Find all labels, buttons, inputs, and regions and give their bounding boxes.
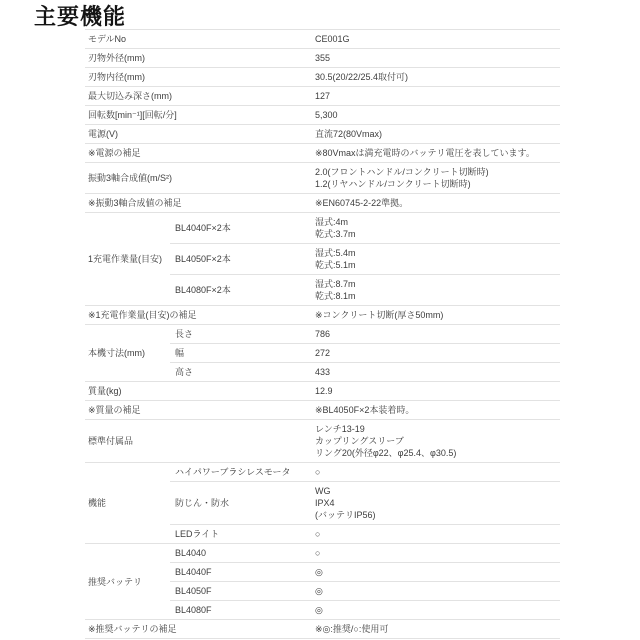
value-line: 30.5(20/22/25.4取付可) <box>315 71 558 83</box>
table-row: ※質量の補足※BL4050F×2本装着時。 <box>85 401 560 420</box>
value-line: 272 <box>315 347 558 359</box>
value-line: 湿式:4m <box>315 216 558 228</box>
value-line: 直流72(80Vmax) <box>315 128 558 140</box>
row-group-label: 1充電作業量(目安) <box>85 213 170 306</box>
row-value: 直流72(80Vmax) <box>313 125 560 144</box>
value-line: ○ <box>315 528 558 540</box>
row-label: ※振動3軸合成値の補足 <box>85 194 313 213</box>
value-line: 433 <box>315 366 558 378</box>
row-sublabel: BL4040F×2本 <box>170 213 313 244</box>
table-row: モデルNoCE001G <box>85 30 560 49</box>
value-line: 湿式:8.7m <box>315 278 558 290</box>
value-line: ※コンクリート切断(厚さ50mm) <box>315 309 558 321</box>
row-sublabel: BL4080F <box>170 601 313 620</box>
row-value: ◎ <box>313 601 560 620</box>
row-value: レンチ13-19カップリングスリーブリング20(外径φ22、φ25.4、φ30.… <box>313 420 560 463</box>
value-line: 乾式:8.1m <box>315 290 558 302</box>
value-line: CE001G <box>315 33 558 45</box>
row-sublabel: 長さ <box>170 325 313 344</box>
value-line: ○ <box>315 466 558 478</box>
value-line: ◎ <box>315 604 558 616</box>
spec-table: モデルNoCE001G刃物外径(mm)355刃物内径(mm)30.5(20/22… <box>85 29 560 639</box>
row-group-label: 機能 <box>85 463 170 544</box>
spec-page: 主要機能 モデルNoCE001G刃物外径(mm)355刃物内径(mm)30.5(… <box>0 0 640 640</box>
row-label: ※推奨バッテリの補足 <box>85 620 313 639</box>
value-line: ※EN60745-2-22準拠。 <box>315 197 558 209</box>
row-label: 質量(kg) <box>85 382 313 401</box>
row-label: 電源(V) <box>85 125 313 144</box>
row-value: ○ <box>313 525 560 544</box>
table-row: 本機寸法(mm)長さ786 <box>85 325 560 344</box>
row-sublabel: LEDライト <box>170 525 313 544</box>
value-line: WG <box>315 485 558 497</box>
value-line: 127 <box>315 90 558 102</box>
row-value: 12.9 <box>313 382 560 401</box>
row-sublabel: 防じん・防水 <box>170 482 313 525</box>
table-row: 1充電作業量(目安)BL4040F×2本湿式:4m乾式:3.7m <box>85 213 560 244</box>
table-row: 振動3軸合成値(m/S²)2.0(フロントハンドル/コンクリート切断時)1.2(… <box>85 163 560 194</box>
page-title: 主要機能 <box>34 0 126 31</box>
row-group-label: 本機寸法(mm) <box>85 325 170 382</box>
value-line: リング20(外径φ22、φ25.4、φ30.5) <box>315 447 558 459</box>
table-row: 質量(kg)12.9 <box>85 382 560 401</box>
table-row: ※推奨バッテリの補足※◎:推奨/○:使用可 <box>85 620 560 639</box>
row-value: 湿式:8.7m乾式:8.1m <box>313 275 560 306</box>
value-line: ※◎:推奨/○:使用可 <box>315 623 558 635</box>
row-value: 5,300 <box>313 106 560 125</box>
row-sublabel: BL4040F <box>170 563 313 582</box>
value-line: 12.9 <box>315 385 558 397</box>
row-value: ※EN60745-2-22準拠。 <box>313 194 560 213</box>
value-line: IPX4 <box>315 497 558 509</box>
value-line: カップリングスリーブ <box>315 435 558 447</box>
value-line: ※80Vmaxは満充電時のバッテリ電圧を表しています。 <box>315 147 558 159</box>
row-value: ※◎:推奨/○:使用可 <box>313 620 560 639</box>
row-value: WGIPX4(バッテリIP56) <box>313 482 560 525</box>
row-sublabel: 高さ <box>170 363 313 382</box>
row-value: 355 <box>313 49 560 68</box>
row-value: 127 <box>313 87 560 106</box>
value-line: レンチ13-19 <box>315 423 558 435</box>
row-label: ※質量の補足 <box>85 401 313 420</box>
row-value: 30.5(20/22/25.4取付可) <box>313 68 560 87</box>
value-line: ◎ <box>315 585 558 597</box>
table-row: ※振動3軸合成値の補足※EN60745-2-22準拠。 <box>85 194 560 213</box>
table-row: 刃物外径(mm)355 <box>85 49 560 68</box>
row-value: ◎ <box>313 582 560 601</box>
table-row: 推奨バッテリBL4040○ <box>85 544 560 563</box>
table-row: 回転数[min⁻¹][回転/分]5,300 <box>85 106 560 125</box>
value-line: ◎ <box>315 566 558 578</box>
value-line: 乾式:5.1m <box>315 259 558 271</box>
row-value: CE001G <box>313 30 560 49</box>
row-value: 433 <box>313 363 560 382</box>
row-label: 標準付属品 <box>85 420 313 463</box>
table-row: 標準付属品レンチ13-19カップリングスリーブリング20(外径φ22、φ25.4… <box>85 420 560 463</box>
table-row: 最大切込み深さ(mm)127 <box>85 87 560 106</box>
row-label: モデルNo <box>85 30 313 49</box>
table-row: ※電源の補足※80Vmaxは満充電時のバッテリ電圧を表しています。 <box>85 144 560 163</box>
table-row: 電源(V)直流72(80Vmax) <box>85 125 560 144</box>
value-line: (バッテリIP56) <box>315 509 558 521</box>
row-sublabel: BL4040 <box>170 544 313 563</box>
row-value: 湿式:4m乾式:3.7m <box>313 213 560 244</box>
table-row: 機能ハイパワーブラシレスモータ○ <box>85 463 560 482</box>
row-sublabel: ハイパワーブラシレスモータ <box>170 463 313 482</box>
row-value: ○ <box>313 463 560 482</box>
value-line: 786 <box>315 328 558 340</box>
row-value: 786 <box>313 325 560 344</box>
value-line: 2.0(フロントハンドル/コンクリート切断時) <box>315 166 558 178</box>
row-value: 湿式:5.4m乾式:5.1m <box>313 244 560 275</box>
row-value: ◎ <box>313 563 560 582</box>
spec-table-body: モデルNoCE001G刃物外径(mm)355刃物内径(mm)30.5(20/22… <box>85 30 560 639</box>
row-label: ※1充電作業量(目安)の補足 <box>85 306 313 325</box>
row-label: ※電源の補足 <box>85 144 313 163</box>
value-line: 1.2(リヤハンドル/コンクリート切断時) <box>315 178 558 190</box>
row-sublabel: BL4050F×2本 <box>170 244 313 275</box>
value-line: ※BL4050F×2本装着時。 <box>315 404 558 416</box>
row-sublabel: BL4080F×2本 <box>170 275 313 306</box>
value-line: 湿式:5.4m <box>315 247 558 259</box>
row-value: ※BL4050F×2本装着時。 <box>313 401 560 420</box>
row-label: 刃物内径(mm) <box>85 68 313 87</box>
row-label: 刃物外径(mm) <box>85 49 313 68</box>
table-row: ※1充電作業量(目安)の補足※コンクリート切断(厚さ50mm) <box>85 306 560 325</box>
row-value: ○ <box>313 544 560 563</box>
row-value: 2.0(フロントハンドル/コンクリート切断時)1.2(リヤハンドル/コンクリート… <box>313 163 560 194</box>
row-value: ※コンクリート切断(厚さ50mm) <box>313 306 560 325</box>
value-line: 5,300 <box>315 109 558 121</box>
row-label: 回転数[min⁻¹][回転/分] <box>85 106 313 125</box>
value-line: 355 <box>315 52 558 64</box>
row-group-label: 推奨バッテリ <box>85 544 170 620</box>
row-sublabel: 幅 <box>170 344 313 363</box>
table-row: 刃物内径(mm)30.5(20/22/25.4取付可) <box>85 68 560 87</box>
value-line: 乾式:3.7m <box>315 228 558 240</box>
value-line: ○ <box>315 547 558 559</box>
row-label: 振動3軸合成値(m/S²) <box>85 163 313 194</box>
row-label: 最大切込み深さ(mm) <box>85 87 313 106</box>
row-sublabel: BL4050F <box>170 582 313 601</box>
row-value: ※80Vmaxは満充電時のバッテリ電圧を表しています。 <box>313 144 560 163</box>
row-value: 272 <box>313 344 560 363</box>
